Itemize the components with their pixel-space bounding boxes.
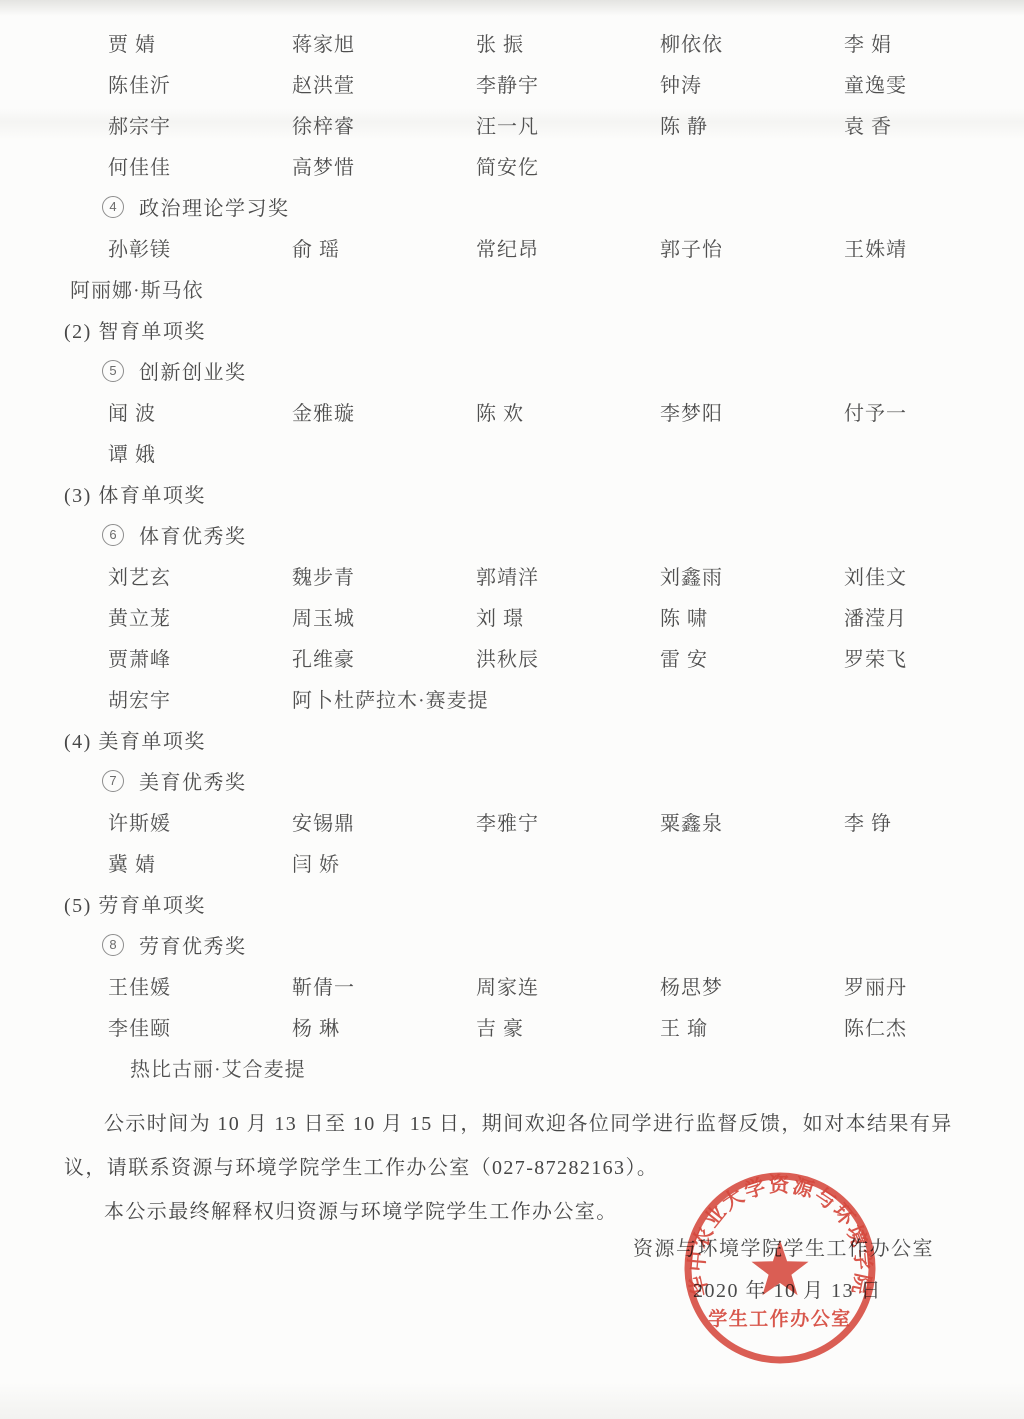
- student-name-row: 贾萧峰孔维豪洪秋辰雷 安罗荣飞: [64, 637, 964, 678]
- award-heading: 7美育优秀奖: [64, 760, 964, 801]
- award-label: 劳育优秀奖: [139, 930, 247, 959]
- award-label: 体育优秀奖: [139, 520, 247, 549]
- student-name: 魏步青: [292, 561, 476, 590]
- student-name: 陈 欢: [476, 397, 660, 426]
- award-label: 美育优秀奖: [139, 766, 247, 795]
- student-name: 孔维豪: [292, 643, 476, 672]
- student-name: 罗荣飞: [844, 643, 1024, 672]
- circled-number-icon: 4: [102, 196, 124, 218]
- student-name: 俞 瑶: [292, 233, 476, 262]
- circled-number-icon: 5: [102, 360, 124, 382]
- student-name: 罗丽丹: [844, 971, 1024, 1000]
- circled-number-icon: 8: [102, 934, 124, 956]
- document-body: 贾 婧蒋家旭张 振柳依依李 娟陈佳沂赵洪萱李静宇钟涛童逸雯郝宗宇徐梓睿汪一凡陈 …: [64, 22, 964, 1312]
- student-name: 雷 安: [660, 643, 844, 672]
- student-name: 高梦惜: [292, 151, 476, 180]
- student-name: 黄立茏: [108, 602, 292, 631]
- award-heading: 6体育优秀奖: [64, 514, 964, 555]
- student-name: 常纪昂: [476, 233, 660, 262]
- student-name: 付予一: [844, 397, 1024, 426]
- circled-number-icon: 6: [102, 524, 124, 546]
- student-name: 金雅璇: [292, 397, 476, 426]
- student-name-row: 郝宗宇徐梓睿汪一凡陈 静袁 香: [64, 104, 964, 145]
- award-heading: 5创新创业奖: [64, 350, 964, 391]
- student-name-row: 冀 婧闫 娇: [64, 842, 964, 883]
- student-name-row: 闻 波金雅璇陈 欢李梦阳付予一: [64, 391, 964, 432]
- student-name: 郭子怡: [660, 233, 844, 262]
- student-name: 闻 波: [108, 397, 292, 426]
- student-name: 陈佳沂: [108, 69, 292, 98]
- student-name: 张 振: [476, 28, 660, 57]
- student-name: 何佳佳: [108, 151, 292, 180]
- student-name-row: 陈佳沂赵洪萱李静宇钟涛童逸雯: [64, 63, 964, 104]
- signature-block: 资源与环境学院学生工作办公室2020 年 10 月 13 日: [64, 1228, 964, 1312]
- student-name: 周玉城: [292, 602, 476, 631]
- circled-number-icon: 7: [102, 770, 124, 792]
- document-page: 贾 婧蒋家旭张 振柳依依李 娟陈佳沂赵洪萱李静宇钟涛童逸雯郝宗宇徐梓睿汪一凡陈 …: [0, 0, 1024, 1419]
- student-name: 李雅宁: [476, 807, 660, 836]
- student-name: 贾 婧: [108, 28, 292, 57]
- student-name: 阿卜杜萨拉木·赛麦提: [292, 684, 476, 713]
- student-name: 陈 啸: [660, 602, 844, 631]
- student-name: 袁 香: [844, 110, 1024, 139]
- category-heading: (5) 劳育单项奖: [64, 883, 964, 924]
- award-heading: 4政治理论学习奖: [64, 186, 964, 227]
- student-name-row: 王佳媛靳倩一周家连杨思梦罗丽丹: [64, 965, 964, 1006]
- student-name: 杨思梦: [660, 971, 844, 1000]
- student-name: 赵洪萱: [292, 69, 476, 98]
- signature-date: 2020 年 10 月 13 日: [64, 1270, 964, 1312]
- category-heading: (3) 体育单项奖: [64, 473, 964, 514]
- student-name: 简安仡: [476, 151, 660, 180]
- student-name: 蒋家旭: [292, 28, 476, 57]
- notice-paragraph: 公示时间为 10 月 13 日至 10 月 15 日，期间欢迎各位同学进行监督反…: [64, 1102, 964, 1190]
- student-name: 粟鑫泉: [660, 807, 844, 836]
- student-name: 童逸雯: [844, 69, 1024, 98]
- student-name: 刘 璟: [476, 602, 660, 631]
- student-name: 许斯媛: [108, 807, 292, 836]
- student-name: 汪一凡: [476, 110, 660, 139]
- student-name: 周家连: [476, 971, 660, 1000]
- category-heading: (4) 美育单项奖: [64, 719, 964, 760]
- student-name: 郭靖洋: [476, 561, 660, 590]
- category-heading: (2) 智育单项奖: [64, 309, 964, 350]
- student-name-row: 孙彰镁俞 瑶常纪昂郭子怡王姝靖: [64, 227, 964, 268]
- student-name: 王佳媛: [108, 971, 292, 1000]
- student-name: 谭 娥: [108, 438, 292, 467]
- student-name: 李佳颐: [108, 1012, 292, 1041]
- student-name: 王姝靖: [844, 233, 1024, 262]
- student-name: 吉 豪: [476, 1012, 660, 1041]
- student-name: 洪秋辰: [476, 643, 660, 672]
- student-name: 陈 静: [660, 110, 844, 139]
- student-name-row: 黄立茏周玉城刘 璟陈 啸潘滢月: [64, 596, 964, 637]
- student-name: 闫 娇: [292, 848, 476, 877]
- notice-paragraphs: 公示时间为 10 月 13 日至 10 月 15 日，期间欢迎各位同学进行监督反…: [64, 1102, 964, 1234]
- student-name: 王 瑜: [660, 1012, 844, 1041]
- student-name-row: 胡宏宇阿卜杜萨拉木·赛麦提: [64, 678, 964, 719]
- student-name: 冀 婧: [108, 848, 292, 877]
- student-name: 李 铮: [844, 807, 1024, 836]
- student-name: 李 娟: [844, 28, 1024, 57]
- student-name-row: 许斯媛安锡鼎李雅宁粟鑫泉李 铮: [64, 801, 964, 842]
- award-label: 创新创业奖: [139, 356, 247, 385]
- student-name: 孙彰镁: [108, 233, 292, 262]
- student-name: 杨 琳: [292, 1012, 476, 1041]
- student-name: 刘鑫雨: [660, 561, 844, 590]
- student-name-row: 谭 娥: [64, 432, 964, 473]
- student-name: 柳依依: [660, 28, 844, 57]
- student-name: 郝宗宇: [108, 110, 292, 139]
- award-heading: 8劳育优秀奖: [64, 924, 964, 965]
- student-name: 胡宏宇: [108, 684, 292, 713]
- student-name: 潘滢月: [844, 602, 1024, 631]
- student-name-row: 李佳颐杨 琳吉 豪王 瑜陈仁杰: [64, 1006, 964, 1047]
- student-name: 贾萧峰: [108, 643, 292, 672]
- student-name-row: 刘艺玄魏步青郭靖洋刘鑫雨刘佳文: [64, 555, 964, 596]
- student-name: 李静宇: [476, 69, 660, 98]
- student-name: 陈仁杰: [844, 1012, 1024, 1041]
- student-name: 热比古丽·艾合麦提: [64, 1047, 964, 1088]
- student-name: 靳倩一: [292, 971, 476, 1000]
- student-name: 安锡鼎: [292, 807, 476, 836]
- student-name: 徐梓睿: [292, 110, 476, 139]
- award-label: 政治理论学习奖: [139, 192, 290, 221]
- student-name: 钟涛: [660, 69, 844, 98]
- student-name-row: 贾 婧蒋家旭张 振柳依依李 娟: [64, 22, 964, 63]
- student-name: 刘艺玄: [108, 561, 292, 590]
- student-name: 刘佳文: [844, 561, 1024, 590]
- student-name: 李梦阳: [660, 397, 844, 426]
- signature-office: 资源与环境学院学生工作办公室: [64, 1228, 964, 1270]
- student-name-row: 何佳佳高梦惜简安仡: [64, 145, 964, 186]
- student-name: 阿丽娜·斯马依: [64, 268, 964, 309]
